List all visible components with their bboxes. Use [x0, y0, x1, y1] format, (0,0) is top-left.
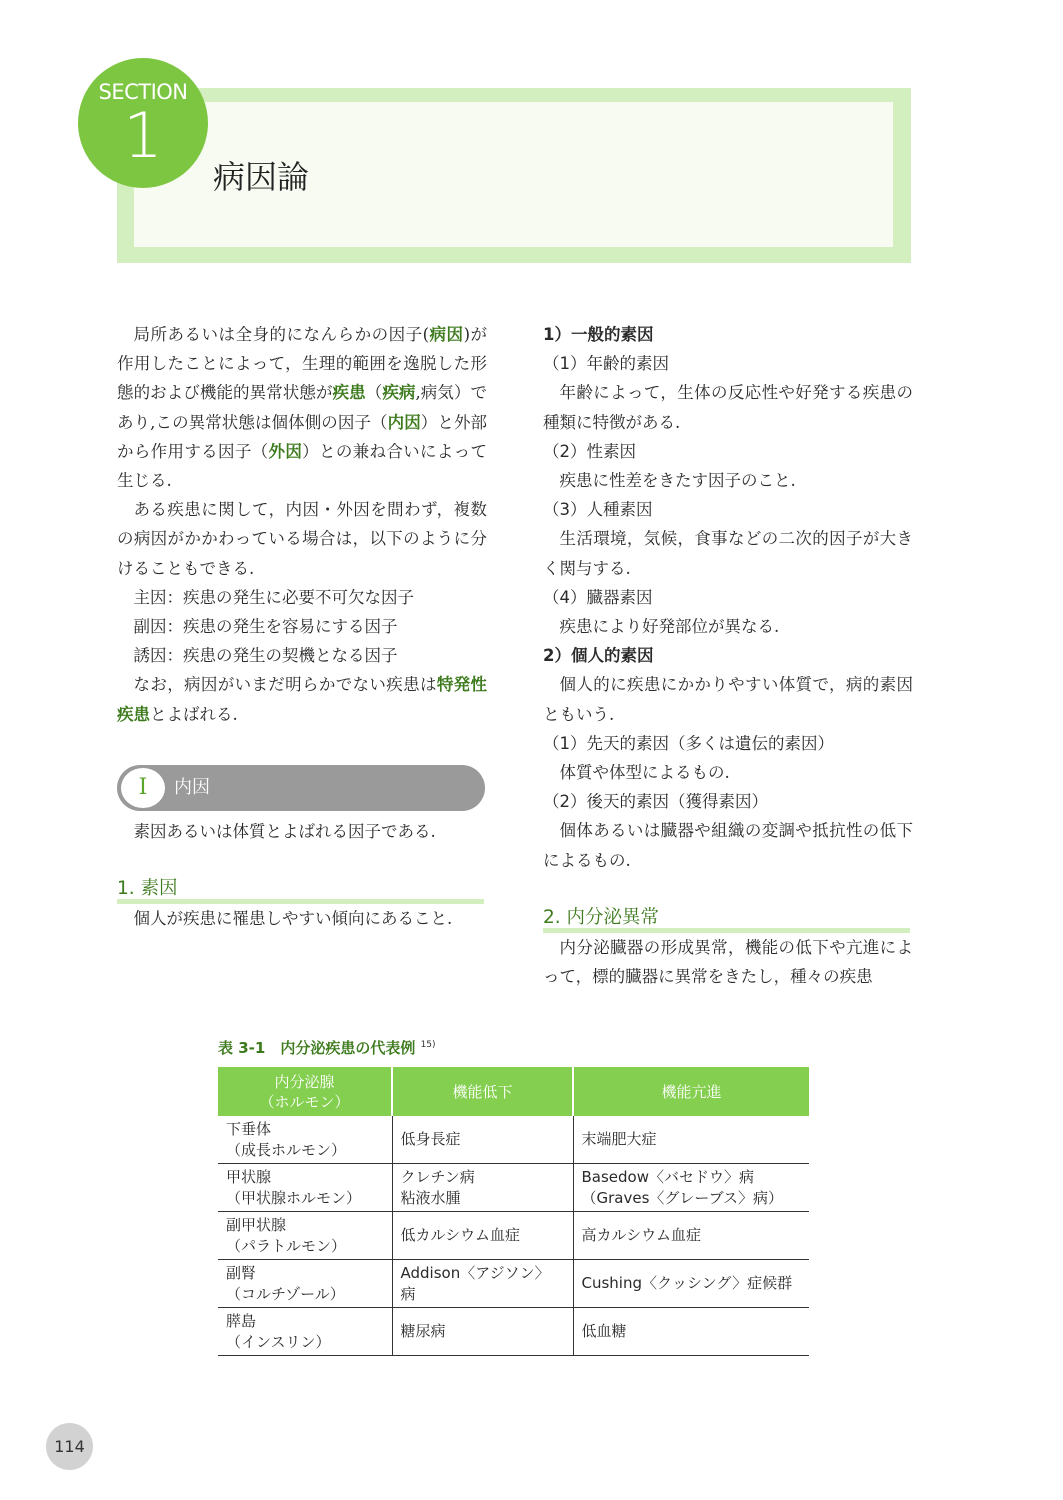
- gland-cell: 膵島（インスリン）: [218, 1308, 392, 1356]
- item-text: 体質や体型によるもの.: [543, 758, 913, 787]
- item-text: 疾患に性差をきたす因子のこと.: [543, 466, 913, 495]
- endocrine-text-block: 内分泌臓器の形成異常，機能の低下や亢進によって，標的臓器に異常をきたし，種々の疾…: [543, 933, 913, 991]
- item-title: （4）臓器素因: [543, 583, 913, 612]
- roman-numeral-badge: I: [121, 768, 165, 808]
- table-header-row: 内分泌腺（ホルモン） 機能低下 機能亢進: [218, 1067, 809, 1116]
- item-text: 年齢によって，生体の反応性や好発する疾患の種類に特徴がある.: [543, 378, 913, 436]
- column-header: 機能亢進: [573, 1067, 809, 1116]
- hypofunction-cell: クレチン病粘液水腫: [392, 1164, 573, 1212]
- right-column: 1）一般的素因 （1）年齢的素因 年齢によって，生体の反応性や好発する疾患の種類…: [543, 320, 913, 875]
- item-title: （2）後天的素因（獲得素因）: [543, 787, 913, 816]
- multi-cause-paragraph: ある疾患に関して，内因・外因を問わず，複数の病因がかかわっている場合は，以下のよ…: [117, 495, 487, 583]
- column-header: 機能低下: [392, 1067, 573, 1116]
- table-row: 副腎（コルチゾール） Addison〈アジソン〉病 Cushing〈クッシング〉…: [218, 1260, 809, 1308]
- gland-cell: 甲状腺（甲状腺ホルモン）: [218, 1164, 392, 1212]
- predisposition-text: 個人が疾患に罹患しやすい傾向にあること.: [117, 904, 487, 933]
- column-header: 内分泌腺（ホルモン）: [218, 1067, 392, 1116]
- table-row: 下垂体（成長ホルモン） 低身長症 末端肥大症: [218, 1116, 809, 1164]
- left-column: 局所あるいは全身的になんらかの因子(病因)が作用したことによって，生理的範囲を逸…: [117, 320, 487, 729]
- hyperfunction-cell: 末端肥大症: [573, 1116, 809, 1164]
- heading-general-predisposition: 1）一般的素因: [543, 320, 913, 349]
- cause-item: 副因：疾患の発生を容易にする因子: [117, 612, 487, 641]
- section-badge: SECTION 1: [78, 58, 208, 188]
- idiopathic-paragraph: なお，病因がいまだ明らかでない疾患は特発性疾患とよばれる.: [117, 670, 487, 728]
- hypofunction-cell: Addison〈アジソン〉病: [392, 1260, 573, 1308]
- gland-cell: 下垂体（成長ホルモン）: [218, 1116, 392, 1164]
- section-title: 病因論: [213, 152, 309, 198]
- section-number: 1: [78, 96, 208, 176]
- item-text: 個体あるいは臓器や組織の変調や抵抗性の低下によるもの.: [543, 816, 913, 874]
- endocrine-disease-table: 内分泌腺（ホルモン） 機能低下 機能亢進 下垂体（成長ホルモン） 低身長症 末端…: [218, 1067, 809, 1356]
- keyword: 内因: [388, 413, 421, 432]
- keyword: 病因: [429, 325, 464, 344]
- hypofunction-cell: 糖尿病: [392, 1308, 573, 1356]
- subsection-heading-pill: I 内因: [117, 765, 485, 811]
- predisposition-text-block: 個人が疾患に罹患しやすい傾向にあること.: [117, 904, 487, 933]
- page-number: 114: [46, 1423, 93, 1470]
- item-text: 疾患により好発部位が異なる.: [543, 612, 913, 641]
- intro-paragraph: 局所あるいは全身的になんらかの因子(病因)が作用したことによって，生理的範囲を逸…: [117, 320, 487, 495]
- keyword: 疾病: [382, 383, 415, 402]
- pill-description: 素因あるいは体質とよばれる因子である.: [117, 817, 487, 846]
- reference-superscript: 15): [421, 1040, 436, 1050]
- endocrine-text: 内分泌臓器の形成異常，機能の低下や亢進によって，標的臓器に異常をきたし，種々の疾…: [543, 933, 913, 991]
- cause-item: 主因：疾患の発生に必要不可欠な因子: [117, 583, 487, 612]
- table-row: 膵島（インスリン） 糖尿病 低血糖: [218, 1308, 809, 1356]
- hypofunction-cell: 低カルシウム血症: [392, 1212, 573, 1260]
- item-title: （3）人種素因: [543, 495, 913, 524]
- cause-item: 誘因：疾患の発生の契機となる因子: [117, 641, 487, 670]
- hyperfunction-cell: Basedow〈バセドウ〉病（Graves〈グレーブス〉病）: [573, 1164, 809, 1212]
- item-title: （2）性素因: [543, 437, 913, 466]
- hyperfunction-cell: Cushing〈クッシング〉症候群: [573, 1260, 809, 1308]
- hyperfunction-cell: 高カルシウム血症: [573, 1212, 809, 1260]
- table-caption: 表 3-1 内分泌疾患の代表例 15): [218, 1037, 436, 1058]
- table-row: 甲状腺（甲状腺ホルモン） クレチン病粘液水腫 Basedow〈バセドウ〉病（Gr…: [218, 1164, 809, 1212]
- heading-endocrine: 2. 内分泌異常: [543, 905, 910, 931]
- personal-text: 個人的に疾患にかかりやすい体質で，病的素因ともいう.: [543, 670, 913, 728]
- pill-text: 素因あるいは体質とよばれる因子である.: [117, 817, 487, 846]
- heading-predisposition: 1. 素因: [117, 876, 484, 902]
- item-title: （1）年齢的素因: [543, 349, 913, 378]
- item-text: 生活環境，気候，食事などの二次的因子が大きく関与する.: [543, 524, 913, 582]
- gland-cell: 副甲状腺（パラトルモン）: [218, 1212, 392, 1260]
- item-title: （1）先天的素因（多くは遺伝的素因）: [543, 729, 913, 758]
- gland-cell: 副腎（コルチゾール）: [218, 1260, 392, 1308]
- table-row: 副甲状腺（パラトルモン） 低カルシウム血症 高カルシウム血症: [218, 1212, 809, 1260]
- subsection-title: 内因: [174, 765, 210, 811]
- heading-personal-predisposition: 2）個人的素因: [543, 641, 913, 670]
- keyword: 外因: [269, 442, 303, 461]
- hyperfunction-cell: 低血糖: [573, 1308, 809, 1356]
- hypofunction-cell: 低身長症: [392, 1116, 573, 1164]
- keyword: 疾患: [333, 383, 366, 402]
